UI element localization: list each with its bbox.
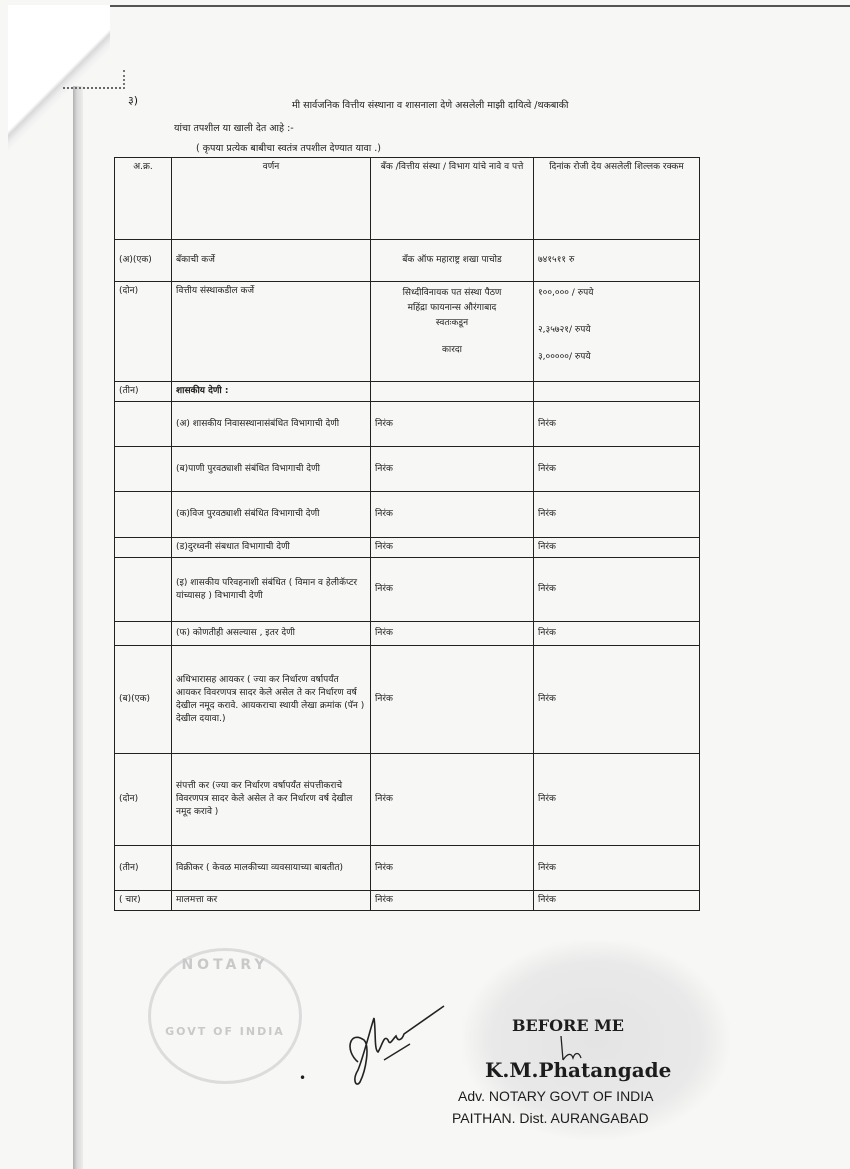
table-row: (फ) कोणतीही असल्यास , इतर देणी निरंक निर… xyxy=(115,622,700,646)
cell-description: (फ) कोणतीही असल्यास , इतर देणी xyxy=(172,622,371,646)
cell-serial xyxy=(115,622,172,646)
cell-institution: निरंक xyxy=(371,646,534,754)
cell-institution: निरंक xyxy=(371,754,534,846)
institution-line: महिंद्रा फायनान्स औरंगाबाद xyxy=(375,302,529,315)
cell-amount: १००,००० / रुपये २,३५७२१/ रुपये ३,०००००/ … xyxy=(534,282,700,382)
seal-top-text: NOTARY xyxy=(151,957,299,973)
cell-serial: (ब)(एक) xyxy=(115,646,172,754)
cell-institution: निरंक xyxy=(371,846,534,891)
cell-serial: (तीन) xyxy=(115,382,172,402)
table-row: (दोन) वित्तीय संस्थाकडील कर्जे सिध्दीविन… xyxy=(115,282,700,382)
table-header-row: अ.क्र. वर्णन बँक /वित्तीय संस्था / विभाग… xyxy=(115,158,700,240)
cell-description: (क)विज पुरवठ्याशी संबंधित विभागाची देणी xyxy=(172,492,371,538)
table-row: (दोन) संपत्ती कर (ज्या कर निर्धारण वर्षा… xyxy=(115,754,700,846)
cell-description: विक्रीकर ( केवळ मालकीच्या व्यवसायाच्या ब… xyxy=(172,846,371,891)
cell-serial xyxy=(115,447,172,492)
cell-amount: निरंक xyxy=(534,846,700,891)
cell-institution: निरंक xyxy=(371,538,534,558)
cell-amount: निरंक xyxy=(534,891,700,911)
cell-description: मालमत्ता कर xyxy=(172,891,371,911)
notary-name: K.M.Phatangade xyxy=(485,1058,671,1082)
header-amount: दिनांक रोजी देय असलेली शिल्लक रक्कम xyxy=(534,158,700,240)
table-row: ( चार) मालमत्ता कर निरंक निरंक xyxy=(115,891,700,911)
cell-amount: निरंक xyxy=(534,646,700,754)
cell-serial: ( चार) xyxy=(115,891,172,911)
cell-description: शासकीय देणी : xyxy=(172,382,371,402)
table-row: (अ)(एक) बँकाची कर्जे बँक ऑफ महाराष्ट्र श… xyxy=(115,240,700,282)
binding-tab xyxy=(63,70,125,89)
dot-mark: • xyxy=(299,1071,306,1085)
notary-title: Adv. NOTARY GOVT OF INDIA xyxy=(458,1088,654,1104)
cell-institution: निरंक xyxy=(371,492,534,538)
cell-institution: निरंक xyxy=(371,891,534,911)
table-row: (ब)पाणी पुरवठ्याशी संबंधित विभागाची देणी… xyxy=(115,447,700,492)
cell-serial xyxy=(115,558,172,622)
header-serial: अ.क्र. xyxy=(115,158,172,240)
cell-serial xyxy=(115,402,172,447)
table-row: (ड)दुरध्वनी संबधात विभागाची देणी निरंक न… xyxy=(115,538,700,558)
cell-amount: निरंक xyxy=(534,538,700,558)
table-row: (ब)(एक) अधिभारासह आयकर ( ज्या कर निर्धार… xyxy=(115,646,700,754)
cell-amount: निरंक xyxy=(534,447,700,492)
header-description: वर्णन xyxy=(172,158,371,240)
cell-amount: ७४१५११ रु xyxy=(534,240,700,282)
cell-description: संपत्ती कर (ज्या कर निर्धारण वर्षापर्यंत… xyxy=(172,754,371,846)
cell-institution: निरंक xyxy=(371,447,534,492)
cell-amount: निरंक xyxy=(534,492,700,538)
notary-seal-stamp: NOTARY GOVT OF INDIA xyxy=(148,948,302,1084)
scanned-page: ३) मी सार्वजनिक वित्तीय संस्थाना व शासना… xyxy=(0,0,850,1169)
cell-description: (अ) शासकीय निवासस्थानासंबंधित विभागाची द… xyxy=(172,402,371,447)
amount-line: ३,०००००/ रुपये xyxy=(538,351,695,364)
cell-serial xyxy=(115,538,172,558)
binding-strip xyxy=(73,86,83,1169)
cell-description: बँकाची कर्जे xyxy=(172,240,371,282)
cell-description: (ब)पाणी पुरवठ्याशी संबंधित विभागाची देणी xyxy=(172,447,371,492)
cell-institution: निरंक xyxy=(371,622,534,646)
seal-bottom-text: GOVT OF INDIA xyxy=(151,1025,299,1038)
cell-institution: निरंक xyxy=(371,558,534,622)
section-number: ३) xyxy=(128,93,138,108)
cell-amount: निरंक xyxy=(534,402,700,447)
cell-institution: बँक ऑफ महाराष्ट्र शखा पाचोड xyxy=(371,240,534,282)
table-row: (क)विज पुरवठ्याशी संबंधित विभागाची देणी … xyxy=(115,492,700,538)
cell-serial: (दोन) xyxy=(115,754,172,846)
cell-serial: (तीन) xyxy=(115,846,172,891)
institution-line: सिध्दीविनायक पत संस्था पैठण xyxy=(375,287,529,300)
cell-serial: (दोन) xyxy=(115,282,172,382)
table-row: (तीन) शासकीय देणी : xyxy=(115,382,700,402)
cell-amount xyxy=(534,382,700,402)
cell-institution xyxy=(371,382,534,402)
cell-serial xyxy=(115,492,172,538)
before-me-label: BEFORE ME xyxy=(512,1016,624,1035)
signature-mark xyxy=(340,1000,450,1090)
section-heading-line-1: मी सार्वजनिक वित्तीय संस्थाना व शासनाला … xyxy=(292,98,569,111)
page-top-edge xyxy=(110,5,850,7)
table-row: (तीन) विक्रीकर ( केवळ मालकीच्या व्यवसाया… xyxy=(115,846,700,891)
amount-line: २,३५७२१/ रुपये xyxy=(538,324,695,337)
cell-description: वित्तीय संस्थाकडील कर्जे xyxy=(172,282,371,382)
cell-institution: सिध्दीविनायक पत संस्था पैठण महिंद्रा फाय… xyxy=(371,282,534,382)
cell-institution: निरंक xyxy=(371,402,534,447)
cell-amount: निरंक xyxy=(534,558,700,622)
cell-amount: निरंक xyxy=(534,622,700,646)
amount-line: १००,००० / रुपये xyxy=(538,287,695,300)
header-institution: बँक /वित्तीय संस्था / विभाग यांचे नावे व… xyxy=(371,158,534,240)
cell-serial: (अ)(एक) xyxy=(115,240,172,282)
notary-place: PAITHAN. Dist. AURANGABAD xyxy=(452,1110,649,1126)
section-heading-line-2: यांचा तपशील या खाली देत आहे :- xyxy=(174,121,294,134)
table-row: (इ) शासकीय परिवहनाशी संबंधित ( विमान व ह… xyxy=(115,558,700,622)
cell-amount: निरंक xyxy=(534,754,700,846)
table-row: (अ) शासकीय निवासस्थानासंबंधित विभागाची द… xyxy=(115,402,700,447)
institution-line: स्वतःकडून xyxy=(375,317,529,330)
cell-description: अधिभारासह आयकर ( ज्या कर निर्धारण वर्षाप… xyxy=(172,646,371,754)
cell-description: (इ) शासकीय परिवहनाशी संबंधित ( विमान व ह… xyxy=(172,558,371,622)
institution-line: कारदा xyxy=(375,344,529,357)
cell-description: (ड)दुरध्वनी संबधात विभागाची देणी xyxy=(172,538,371,558)
liabilities-table: अ.क्र. वर्णन बँक /वित्तीय संस्था / विभाग… xyxy=(114,157,700,911)
section-instruction: ( कृपया प्रत्येक बाबीचा स्वतंत्र तपशील द… xyxy=(196,141,381,154)
